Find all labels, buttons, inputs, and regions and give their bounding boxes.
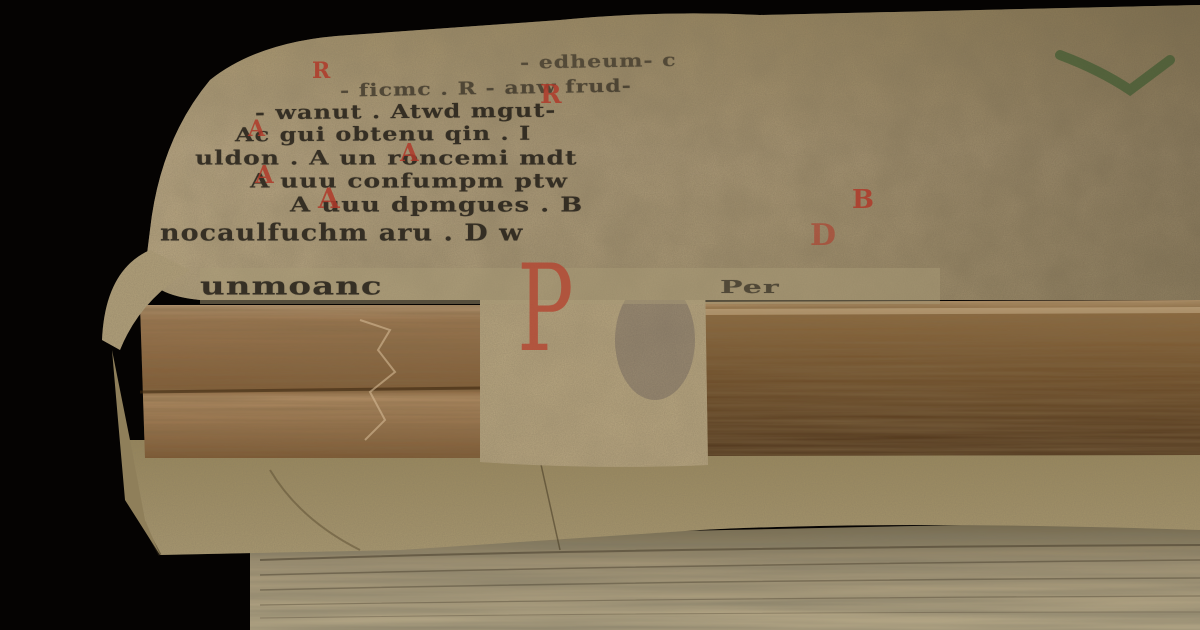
rubric-initial: A [248,116,265,142]
manuscript-line: uldon . A un roncemi mdt [195,146,578,169]
manuscript-line: A uuu confumpm ptw [250,169,568,192]
rubric-initial: A [400,138,419,167]
manuscript-line: - wanut . Atwd mgut- [255,98,557,124]
rubric-initial: A [318,182,340,215]
spine-text-continuation: Per [720,277,780,298]
rubric-initial: R [540,80,562,110]
manuscript-line: - edheum- c [520,50,677,74]
wooden-board-right [705,300,1200,456]
wooden-board-left [140,305,480,458]
rubric-initial: A [255,160,274,189]
rubric-initial: B [852,185,874,215]
manuscript-line: nocaulfuchm aru . D w [160,220,523,246]
spine-text: unmoanc [200,271,383,301]
rubric-initial: D [810,218,836,253]
rubric-initial: R [312,58,330,84]
manuscript-line: Ac gui obtenu qin . I [235,121,531,146]
photo-scene: - edheum- c - ficmc . R - anw frud- - wa… [0,0,1200,630]
spine-initial-p: P [517,250,574,370]
